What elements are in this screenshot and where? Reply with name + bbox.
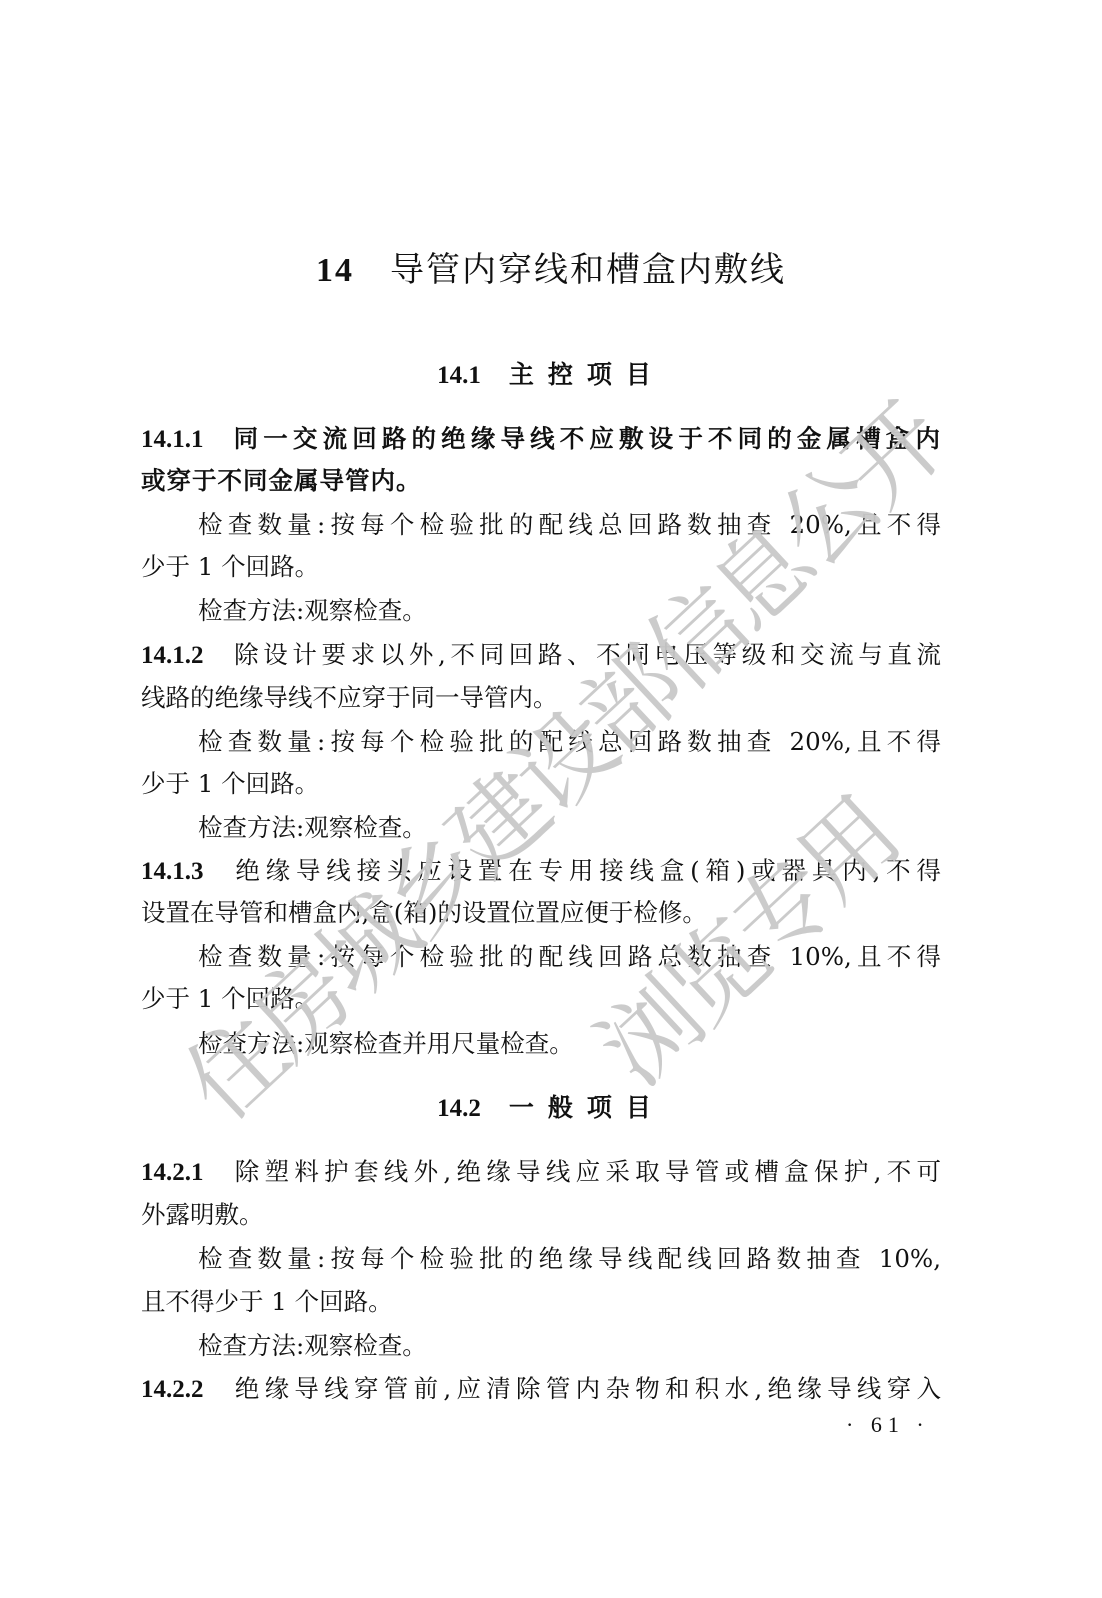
check-quantity-cont: 少于 1 个回路。 <box>141 977 941 1020</box>
chapter-title-text: 导管内穿线和槽盒内敷线 <box>390 250 786 290</box>
clause-14-1-3: 14.1.3绝缘导线接头应设置在专用接线盒(箱)或器具内,不得 <box>141 849 941 892</box>
clause-14-2-1: 14.2.1除塑料护套线外,绝缘导线应采取导管或槽盒保护,不可 <box>141 1150 941 1193</box>
chapter-number: 14 <box>316 252 354 289</box>
clause-14-1-2: 14.1.2除设计要求以外,不同回路、不同电压等级和交流与直流 <box>141 633 941 676</box>
page-number: · 61 · <box>846 1412 930 1438</box>
clause-text-line: 或穿于不同金属导管内。 <box>141 459 941 502</box>
clause-14-1-1: 14.1.1同一交流回路的绝缘导线不应敷设于不同的金属槽盒内 <box>141 417 941 460</box>
clause-number: 14.2.1 <box>141 1159 204 1186</box>
clause-text-line: 线路的绝缘导线不应穿于同一导管内。 <box>141 676 941 719</box>
clause-number: 14.1.1 <box>141 426 204 453</box>
check-method: 检查方法:观察检查。 <box>141 806 941 849</box>
check-quantity: 检查数量:按每个检验批的配线总回路数抽查 20%,且不得 <box>141 503 941 546</box>
check-quantity: 检查数量:按每个检验批的配线总回路数抽查 20%,且不得 <box>141 720 941 763</box>
chapter-title: 14导管内穿线和槽盒内敷线 <box>0 242 1102 291</box>
check-quantity: 检查数量:按每个检验批的配线回路总数抽查 10%,且不得 <box>141 935 941 978</box>
check-method: 检查方法:观察检查。 <box>141 1324 941 1367</box>
section-heading-14-1: 14.1主控项目 <box>0 353 1102 396</box>
clause-number: 14.1.2 <box>141 642 204 669</box>
clause-number: 14.1.3 <box>141 858 204 885</box>
check-method: 检查方法:观察检查。 <box>141 589 941 632</box>
clause-14-2-2: 14.2.2绝缘导线穿管前,应清除管内杂物和积水,绝缘导线穿入 <box>141 1367 941 1410</box>
check-method: 检查方法:观察检查并用尺量检查。 <box>141 1022 941 1065</box>
section-heading-14-2: 14.2一般项目 <box>0 1086 1102 1129</box>
check-quantity: 检查数量:按每个检验批的绝缘导线配线回路数抽查 10%, <box>141 1237 941 1280</box>
clause-text-line: 设置在导管和槽盒内,盒(箱)的设置位置应便于检修。 <box>141 891 941 934</box>
document-page: 住房城乡建设部信息公开 浏览专用 14导管内穿线和槽盒内敷线 14.1主控项目 … <box>0 0 1102 1598</box>
check-quantity-cont: 且不得少于 1 个回路。 <box>141 1280 941 1323</box>
clause-text-line: 外露明敷。 <box>141 1193 941 1236</box>
check-quantity-cont: 少于 1 个回路。 <box>141 545 941 588</box>
check-quantity-cont: 少于 1 个回路。 <box>141 762 941 805</box>
clause-number: 14.2.2 <box>141 1376 204 1403</box>
